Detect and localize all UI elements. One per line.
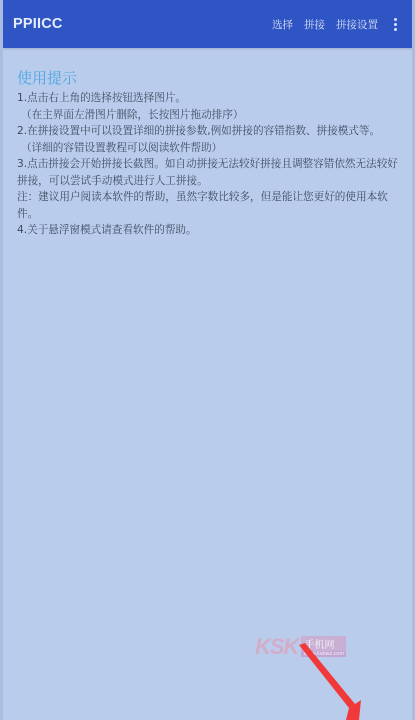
dot bbox=[394, 28, 397, 31]
tip-line-4: 4.关于悬浮窗模式请查看软件的帮助。 bbox=[17, 222, 400, 239]
tip-line-2-note: （详细的容错设置教程可以阅读软件帮助） bbox=[17, 140, 400, 157]
app-title: PPIICC bbox=[13, 16, 63, 32]
tips-title: 使用提示 bbox=[17, 68, 400, 88]
stitch-button[interactable]: 拼接 bbox=[304, 17, 325, 32]
watermark-logo: KSK bbox=[255, 634, 298, 660]
tip-line-3: 3.点击拼接会开始拼接长截图。如自动拼接无法较好拼接且调整容错依然无法较好拼接，… bbox=[17, 156, 400, 189]
usage-tips: 使用提示 1.点击右上角的选择按钮选择图片。 （在主界面左滑图片删除，长按图片拖… bbox=[17, 68, 400, 239]
watermark: KSK 手机网 www.kskwz.com bbox=[255, 634, 346, 660]
watermark-text: 手机网 bbox=[301, 636, 346, 651]
tip-note: 注：建议用户阅读本软件的帮助，虽然字数比较多，但是能让您更好的使用本软件。 bbox=[17, 189, 400, 222]
tip-line-1-note: （在主界面左滑图片删除，长按图片拖动排序） bbox=[17, 107, 400, 124]
tip-line-1: 1.点击右上角的选择按钮选择图片。 bbox=[17, 90, 400, 107]
more-vert-icon[interactable] bbox=[386, 12, 404, 36]
watermark-url: www.kskwz.com bbox=[301, 651, 346, 657]
watermark-side: 手机网 www.kskwz.com bbox=[301, 636, 346, 657]
tip-line-2: 2.在拼接设置中可以设置详细的拼接参数,例如拼接的容错指数、拼接模式等。 bbox=[17, 123, 400, 140]
app-bar: PPIICC 选择 拼接 拼接设置 bbox=[3, 0, 412, 48]
stitch-settings-button[interactable]: 拼接设置 bbox=[336, 17, 378, 32]
app-screen: PPIICC 选择 拼接 拼接设置 使用提示 1.点击右上角的选择按钮选择图片。… bbox=[0, 0, 415, 720]
dot bbox=[394, 23, 397, 26]
select-button[interactable]: 选择 bbox=[272, 17, 293, 32]
app-bar-actions: 选择 拼接 拼接设置 bbox=[261, 0, 412, 48]
dot bbox=[394, 18, 397, 21]
